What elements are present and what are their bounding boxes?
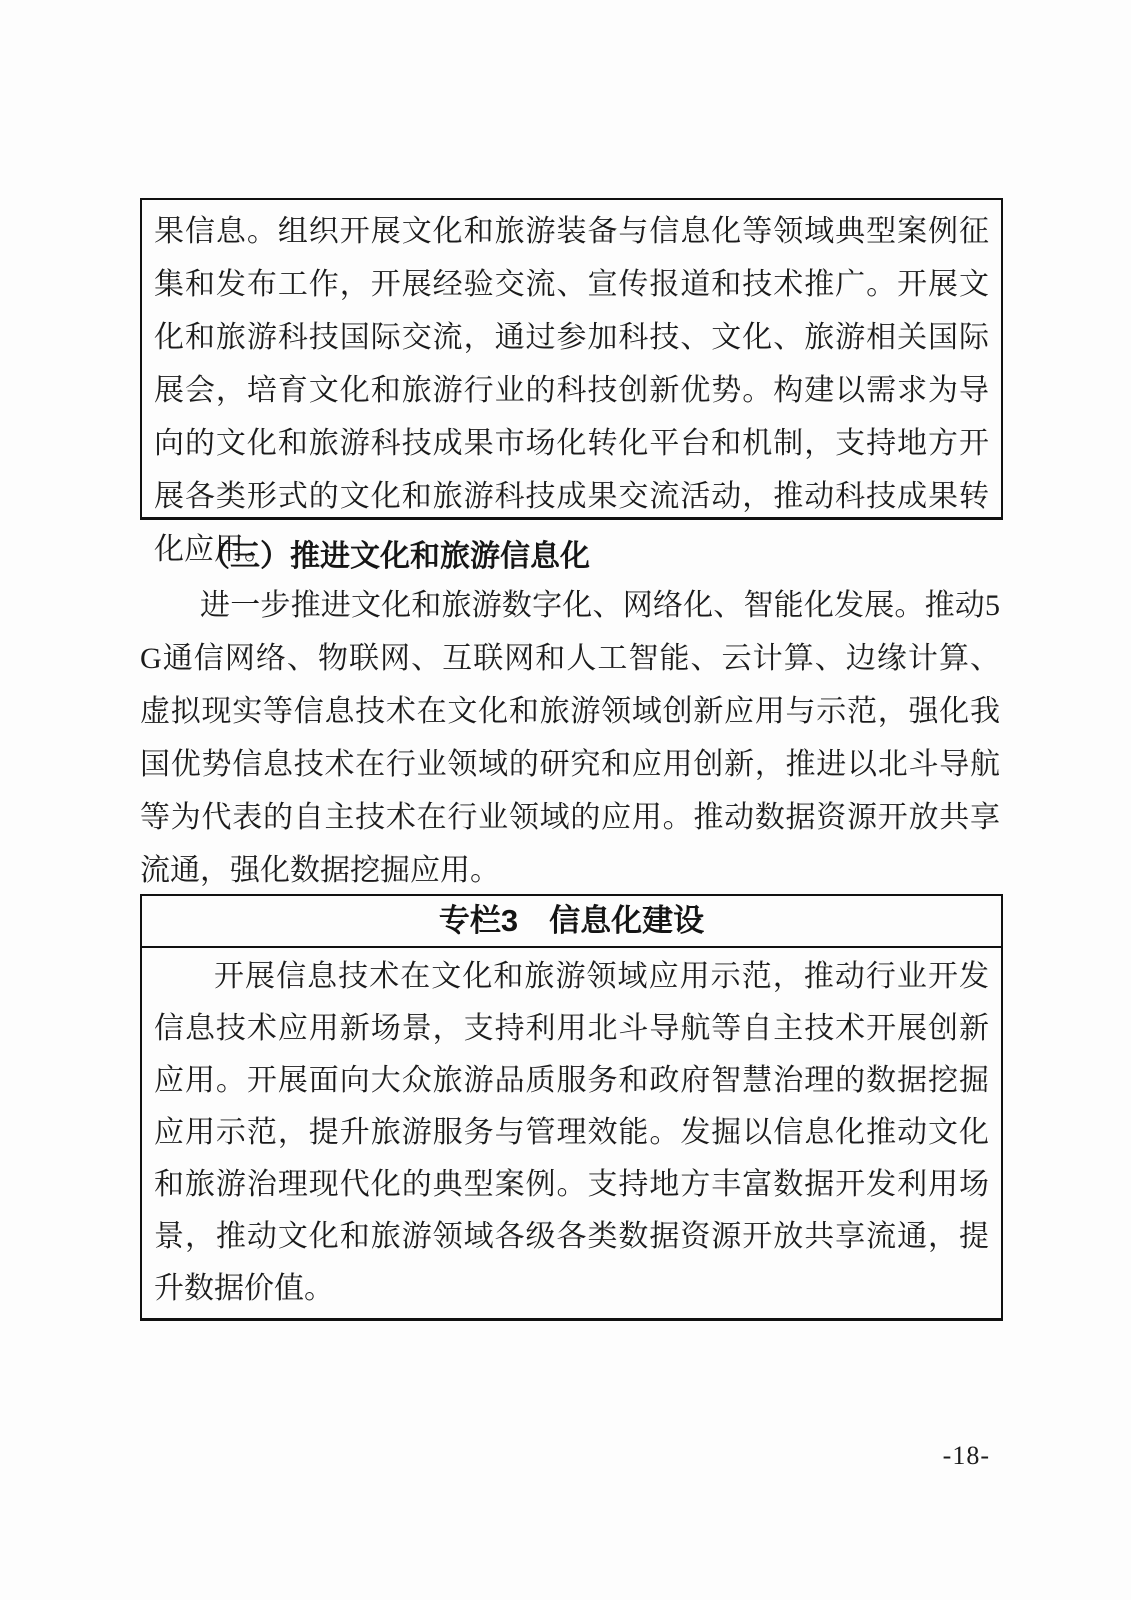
feature-box-title: 专栏3 信息化建设 [142, 896, 1001, 948]
continuation-paragraph: 果信息。组织开展文化和旅游装备与信息化等领域典型案例征集和发布工作，开展经验交流… [154, 205, 989, 576]
page-number: -18- [943, 1441, 990, 1471]
feature-box: 专栏3 信息化建设 开展信息技术在文化和旅游领域应用示范，推动行业开发信息技术应… [140, 894, 1003, 1321]
section-paragraph: 进一步推进文化和旅游数字化、网络化、智能化发展。推动5G通信网络、物联网、互联网… [140, 579, 1000, 897]
feature-box-paragraph: 开展信息技术在文化和旅游领域应用示范，推动行业开发信息技术应用新场景，支持利用北… [154, 951, 989, 1315]
document-page: 果信息。组织开展文化和旅游装备与信息化等领域典型案例征集和发布工作，开展经验交流… [0, 0, 1131, 1600]
continuation-text-box: 果信息。组织开展文化和旅游装备与信息化等领域典型案例征集和发布工作，开展经验交流… [140, 198, 1003, 520]
feature-box-body: 开展信息技术在文化和旅游领域应用示范，推动行业开发信息技术应用新场景，支持利用北… [142, 948, 1001, 1315]
section-heading: （三）推进文化和旅游信息化 [140, 535, 1000, 579]
